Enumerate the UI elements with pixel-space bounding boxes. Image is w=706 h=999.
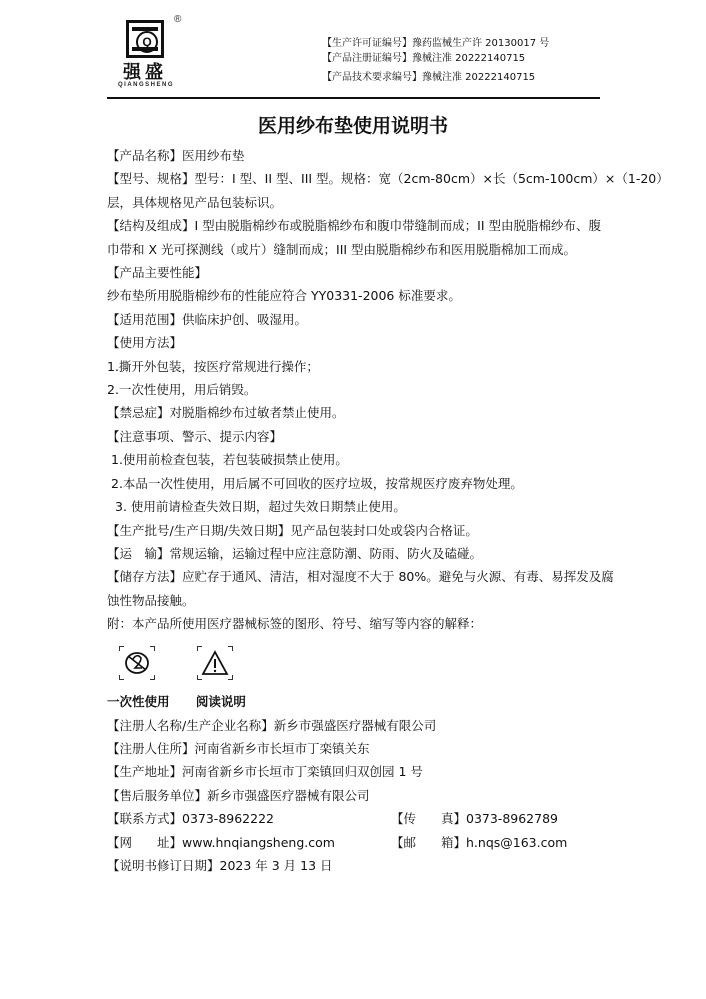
logo-mark: Q (126, 20, 164, 58)
precaution-item: 1.使用前检查包装，若包装破损禁止使用。 (107, 448, 607, 471)
contact-phone: 【联系方式】0373-8962222 (107, 807, 274, 830)
registrant-address: 【注册人住所】河南省新乡市长垣市丁栾镇关东 (107, 737, 607, 760)
registered-trademark-icon: ® (174, 14, 181, 25)
transport: 【运 输】常规运输，运输过程中应注意防潮、防雨、防火及磕碰。 (107, 542, 607, 565)
contact-row: 【联系方式】0373-8962222 【传 真】0373-8962789 (107, 807, 607, 830)
technical-requirement-number: 【产品技术要求编号】豫械注准 20222140715 (322, 70, 549, 85)
scope: 【适用范围】供临床护创、吸湿用。 (107, 308, 607, 331)
precautions-heading: 【注意事项、警示、提示内容】 (107, 425, 607, 448)
logo-bar-bottom (132, 47, 158, 51)
revision-date: 【说明书修订日期】2023 年 3 月 13 日 (107, 854, 607, 877)
performance-heading: 【产品主要性能】 (107, 261, 607, 284)
registrant: 【注册人名称/生产企业名称】新乡市强盛医疗器械有限公司 (107, 714, 607, 737)
structure-line-2: 巾带和 X 光可探测线（或片）缝制而成；III 型由脱脂棉纱布和医用脱脂棉加工而… (107, 238, 607, 261)
header-divider (107, 97, 600, 99)
usage-step: 2.一次性使用，用后销毁。 (107, 378, 607, 401)
batch-info: 【生产批号/生产日期/失效日期】见产品包装封口处或袋内合格证。 (107, 519, 607, 542)
label-symbols (107, 638, 607, 698)
logo-brand-chinese: 强盛 (120, 58, 170, 84)
storage-line-2: 蚀性物品接触。 (107, 589, 607, 612)
model-spec-line-1: 【型号、规格】型号：I 型、II 型、III 型。规格：宽（2cm-80cm）×… (107, 167, 607, 190)
storage-line-1: 【储存方法】应贮存于通风、清洁，相对湿度不大于 80%。避免与火源、有毒、易挥发… (107, 565, 607, 588)
structure-line-1: 【结构及组成】I 型由脱脂棉纱布或脱脂棉纱布和腹巾带缝制而成；II 型由脱脂棉纱… (107, 214, 607, 237)
contraindication: 【禁忌症】对脱脂棉纱布过敏者禁止使用。 (107, 401, 607, 424)
do-not-reuse-icon (119, 646, 155, 680)
production-license-number: 【生产许可证编号】豫药监械生产许 20130017 号 (322, 36, 549, 51)
usage-step: 1.撕开外包装，按医疗常规进行操作； (107, 355, 607, 378)
email: 【邮 箱】h.nqs@163.com (391, 831, 567, 854)
document-title: 医用纱布垫使用说明书 (0, 111, 706, 138)
document-body: 【产品名称】医用纱布垫 【型号、规格】型号：I 型、II 型、III 型。规格：… (107, 144, 607, 877)
company-logo: Q ® 强盛 QIANGSHENG (120, 14, 200, 94)
after-sales: 【售后服务单位】新乡市强盛医疗器械有限公司 (107, 784, 607, 807)
caution-warning-icon (197, 646, 233, 680)
product-registration-number: 【产品注册证编号】豫械注准 20222140715 (322, 51, 549, 66)
web-email-row: 【网 址】www.hnqiangsheng.com 【邮 箱】h.nqs@163… (107, 831, 607, 854)
logo-brand-english: QIANGSHENG (114, 82, 178, 88)
model-spec-line-2: 层，具体规格见产品包装标识。 (107, 191, 607, 214)
website: 【网 址】www.hnqiangsheng.com (107, 831, 335, 854)
product-name: 【产品名称】医用纱布垫 (107, 144, 607, 167)
registration-header: 【生产许可证编号】豫药监械生产许 20130017 号 【产品注册证编号】豫械注… (322, 36, 549, 85)
performance-text: 纱布垫所用脱脂棉纱布的性能应符合 YY0331-2006 标准要求。 (107, 284, 607, 307)
production-address: 【生产地址】河南省新乡市长垣市丁栾镇回归双创园 1 号 (107, 760, 607, 783)
appendix-note: 附：本产品所使用医疗器械标签的图形、符号、缩写等内容的解释： (107, 612, 607, 635)
precaution-item: 2.本品一次性使用，用后属不可回收的医疗垃圾，按常规医疗废弃物处理。 (107, 472, 607, 495)
fax: 【传 真】0373-8962789 (391, 807, 558, 830)
precaution-item: 3. 使用前请检查失效日期，超过失效日期禁止使用。 (107, 495, 607, 518)
usage-heading: 【使用方法】 (107, 331, 607, 354)
